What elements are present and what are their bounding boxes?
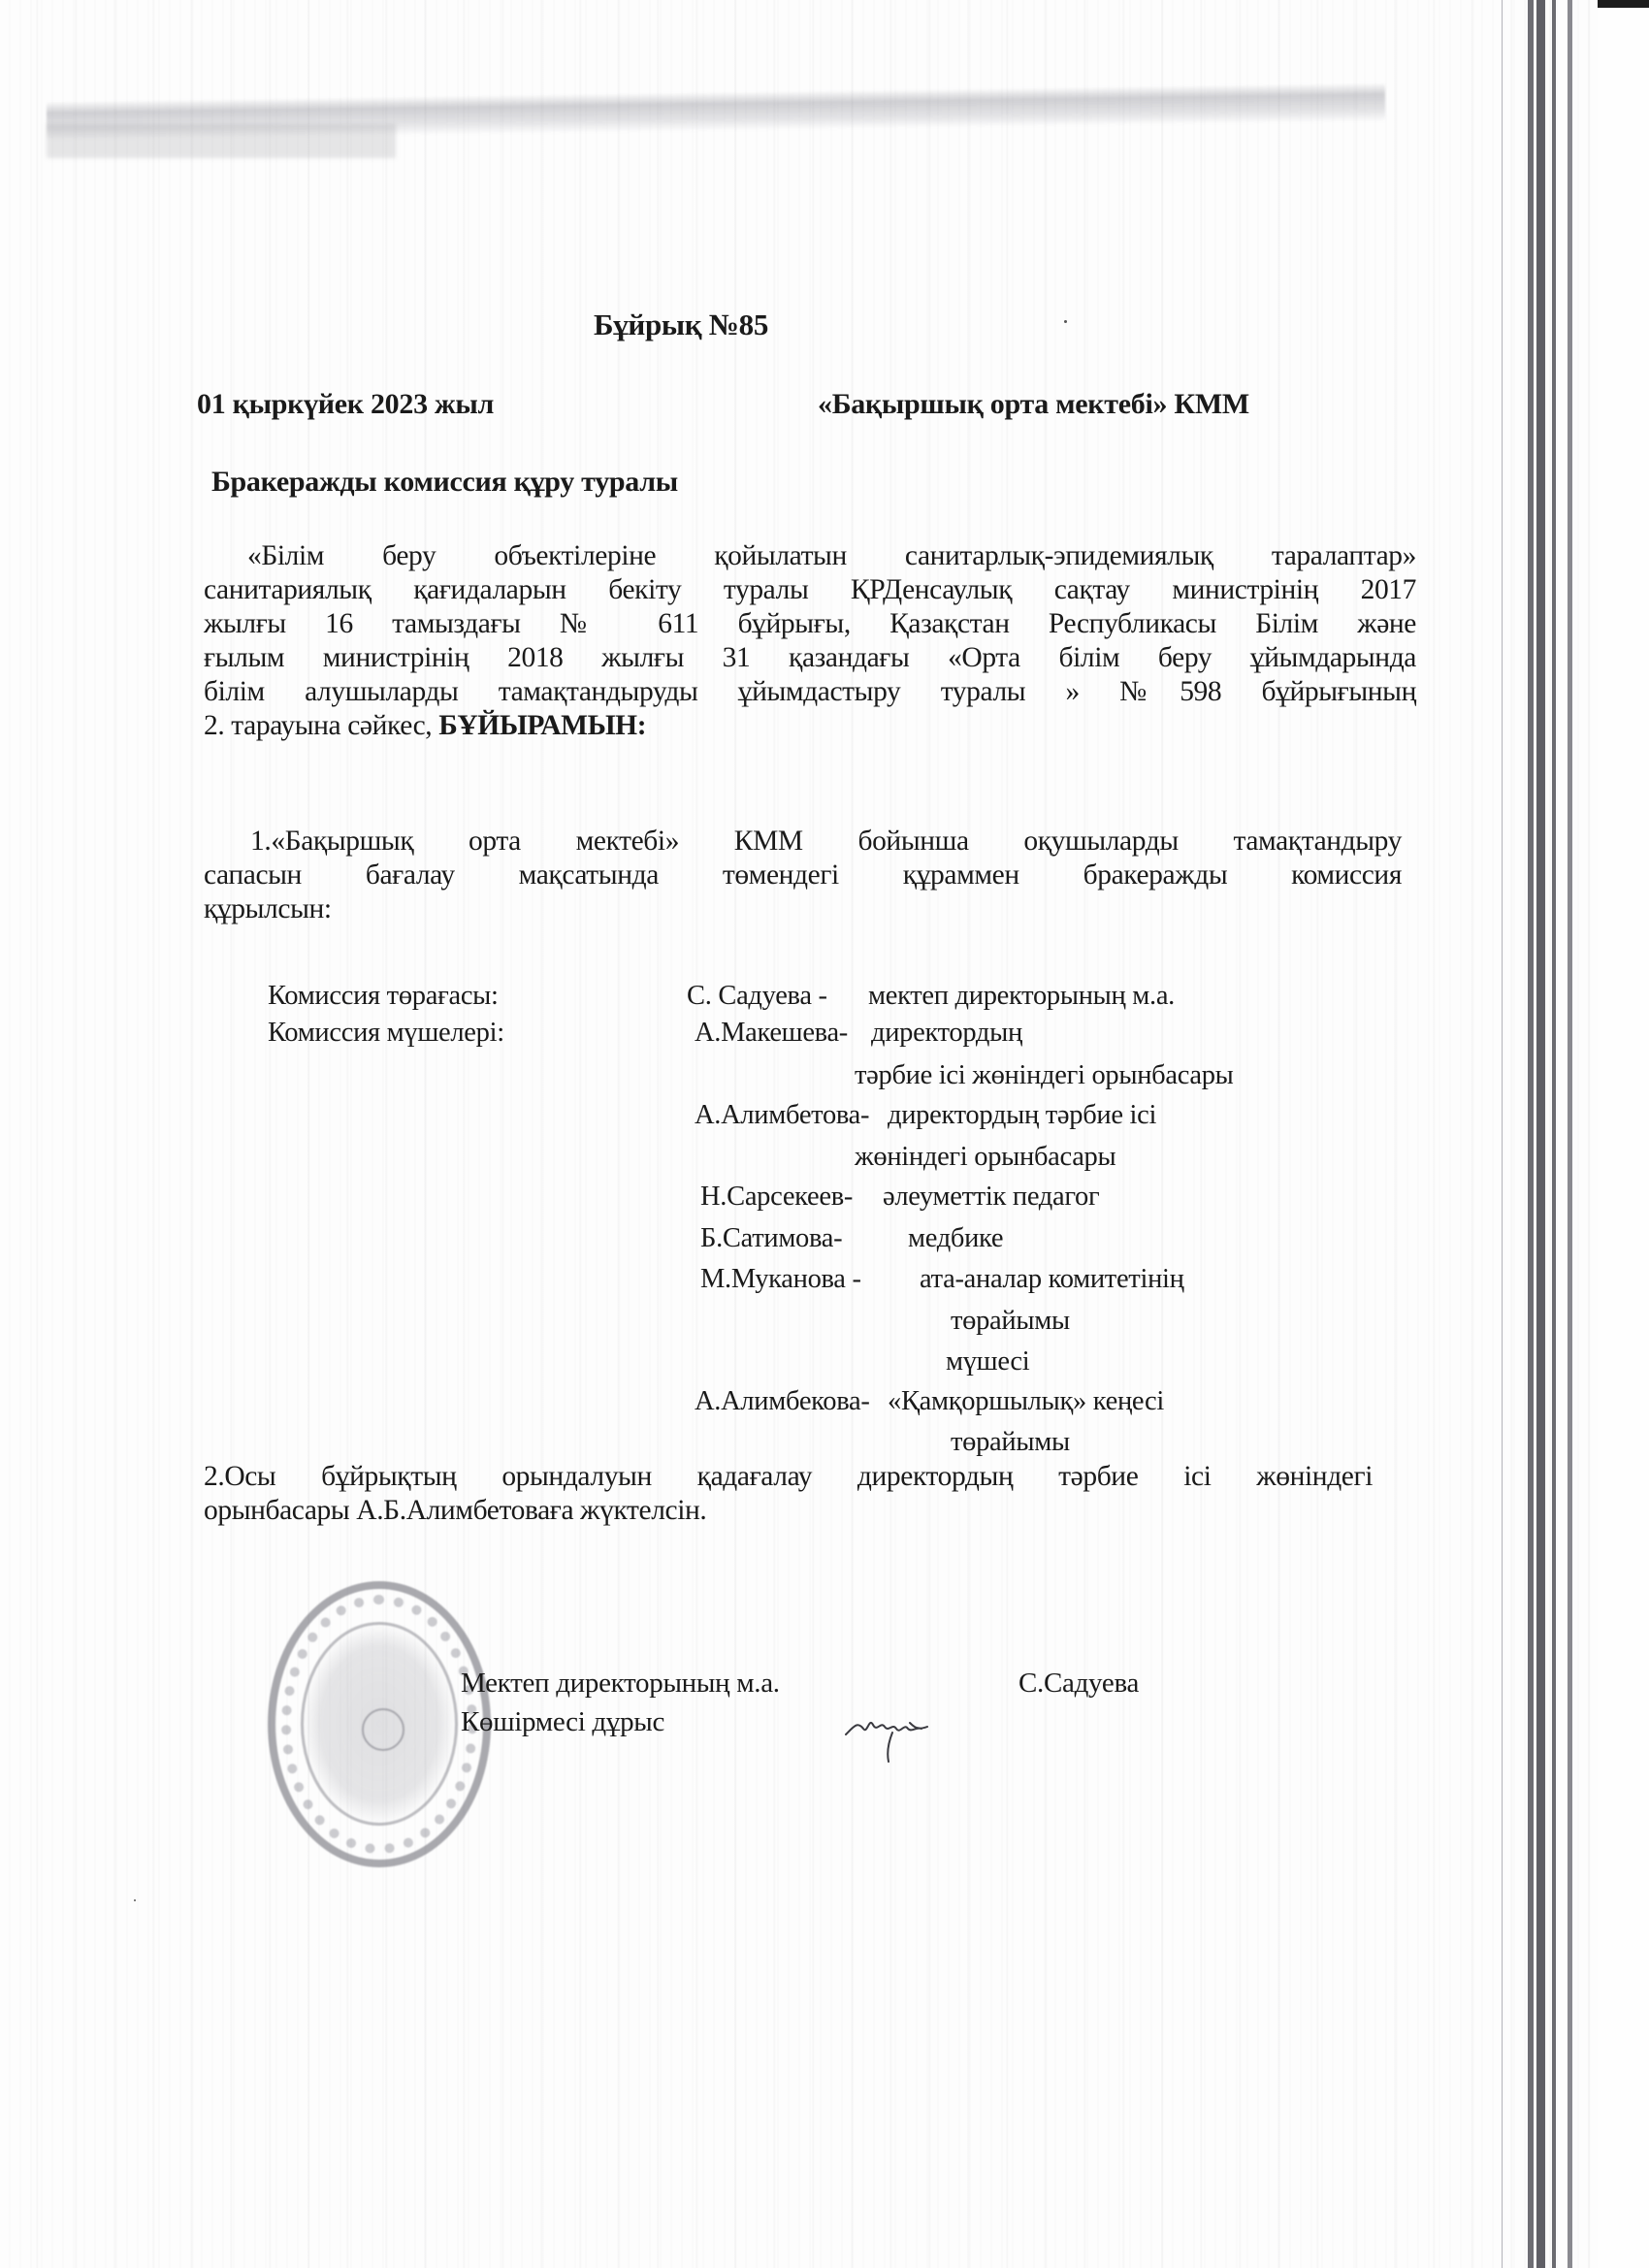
- preamble-last-line: 2. тарауына сәйкес, БҰЙЫРАМЫН:: [204, 709, 1416, 743]
- document-title: Бұйрық №85: [594, 308, 768, 341]
- organization-name: «Бақыршық орта мектебі» КММ: [818, 388, 1249, 421]
- member-role: тәрбие ісі жөніндегі орынбасары: [855, 1059, 1234, 1092]
- preamble-line-prefix: 2. тарауына сәйкес,: [204, 710, 438, 741]
- member-role: төрайымы: [951, 1305, 1070, 1338]
- item2-paragraph: 2.Осы бұйрықтың орындалуын қадағалау дир…: [204, 1460, 1373, 1528]
- item2-line: орынбасары А.Б.Алимбетоваға жүктелсін.: [204, 1494, 1373, 1528]
- preamble-line: білім алушыларды тамақтандыруды ұйымдаст…: [204, 675, 1416, 709]
- ink-dot: [1064, 320, 1067, 323]
- item1-line: сапасын бағалау мақсатында төмендегі құр…: [204, 859, 1402, 892]
- document-page: Бұйрық №85 01 қыркүйек 2023 жыл «Бақыршы…: [0, 0, 1649, 2268]
- order-word: БҰЙЫРАМЫН:: [438, 710, 646, 741]
- signatory-position: Мектеп директорының м.а.: [461, 1667, 780, 1700]
- member-name: А.Алимбетова-: [695, 1099, 869, 1132]
- member-name: А.Макешева-: [695, 1017, 848, 1050]
- member-role: мүшесі: [946, 1345, 1029, 1378]
- copy-certified-note: Көшірмесі дұрыс: [461, 1705, 664, 1738]
- member-name: А.Алимбекова-: [695, 1385, 870, 1418]
- member-role: ата-аналар комитетінің: [920, 1263, 1184, 1296]
- chair-label: Комиссия төрағасы:: [268, 980, 499, 1013]
- chair-role: мектеп директорының м.а.: [868, 980, 1175, 1013]
- item1-line: 1.«Бақыршық орта мектебі» КММ бойынша оқ…: [204, 825, 1402, 859]
- member-role: жөніндегі орынбасары: [855, 1141, 1115, 1174]
- member-name: Н.Сарсекеев-: [700, 1181, 853, 1214]
- members-label: Комиссия мүшелері:: [268, 1017, 504, 1050]
- item2-line: 2.Осы бұйрықтың орындалуын қадағалау дир…: [204, 1460, 1373, 1494]
- member-role: директордың: [871, 1017, 1022, 1050]
- chair-name: С. Садуева -: [687, 980, 827, 1013]
- preamble-line: санитариялық қағидаларын бекіту туралы Қ…: [204, 573, 1416, 607]
- signatory-name: С.Садуева: [1018, 1667, 1139, 1700]
- item1-paragraph: 1.«Бақыршық орта мектебі» КММ бойынша оқ…: [204, 825, 1402, 926]
- stamp-emblem: [301, 1622, 458, 1826]
- member-role: әлеуметтік педагог: [883, 1181, 1099, 1214]
- member-name: М.Муканова -: [700, 1263, 861, 1296]
- member-role: директордың тәрбие ісі: [888, 1099, 1156, 1132]
- preamble-line: ғылым министрінің 2018 жылғы 31 қазандағ…: [204, 641, 1416, 675]
- stamp-center: [362, 1708, 404, 1751]
- preamble-line: «Білім беру объектілеріне қойылатын сани…: [204, 539, 1416, 573]
- item1-line: құрылсын:: [204, 892, 1402, 926]
- official-stamp-icon: [268, 1581, 491, 1867]
- member-name: Б.Сатимова-: [700, 1222, 842, 1255]
- handwritten-signature-icon: [844, 1707, 951, 1766]
- preamble-line: жылғы 16 тамыздағы № 611 бұйрығы, Қазақс…: [204, 607, 1416, 641]
- member-role: медбике: [908, 1222, 1003, 1255]
- document-subject: Бракеражды комиссия құру туралы: [211, 466, 678, 499]
- document-date: 01 қыркүйек 2023 жыл: [197, 388, 494, 421]
- member-role: «Қамқоршылық» кеңесі: [888, 1385, 1164, 1418]
- member-role: төрайымы: [951, 1426, 1070, 1459]
- preamble-paragraph: «Білім беру объектілеріне қойылатын сани…: [204, 539, 1416, 743]
- ink-dot: [134, 1899, 136, 1901]
